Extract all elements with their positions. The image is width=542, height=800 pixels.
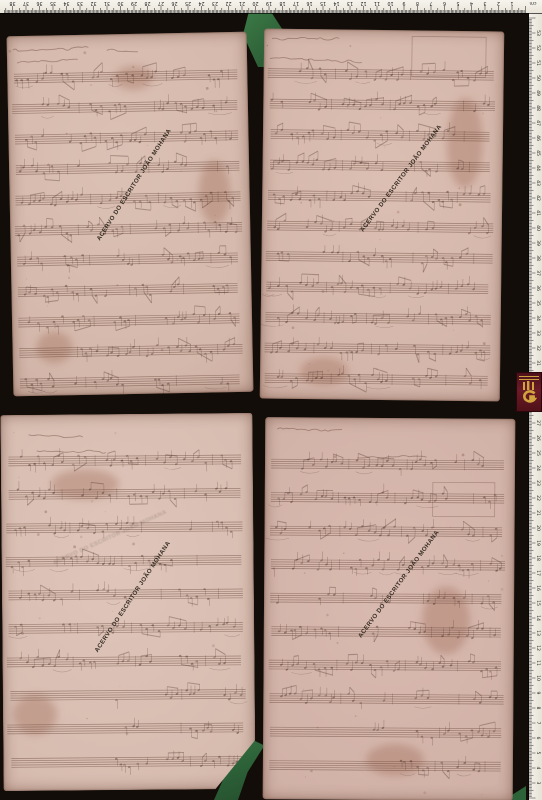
ruler-number: 21 xyxy=(535,510,541,516)
note-beam xyxy=(323,125,335,128)
foxing-spot xyxy=(453,330,454,331)
note-beam xyxy=(176,153,186,157)
staff-line xyxy=(12,100,237,104)
note-beam xyxy=(225,338,235,343)
note-beam xyxy=(466,368,471,376)
staff-line xyxy=(20,382,240,386)
note-beam xyxy=(195,252,203,253)
handwritten-title-squiggle xyxy=(277,428,342,431)
foxing-spot xyxy=(21,632,24,635)
staff-line xyxy=(270,729,501,731)
staff-line xyxy=(269,700,503,702)
staff-line xyxy=(6,562,242,564)
slur-mark xyxy=(295,81,317,84)
ruler-number: 26 xyxy=(171,0,177,6)
handwritten-title-squiggle xyxy=(13,47,89,52)
ruler-number: 14 xyxy=(333,0,339,6)
slur-mark xyxy=(50,569,68,572)
foxing-spot xyxy=(132,543,135,546)
note-beam xyxy=(308,59,313,70)
staff-line xyxy=(8,589,242,591)
slur-mark xyxy=(373,295,386,297)
staff-line xyxy=(9,489,241,491)
foxing-spot xyxy=(126,732,129,735)
staff-line xyxy=(270,533,502,535)
staff-line xyxy=(9,495,241,497)
staff-line xyxy=(15,225,242,229)
foxing-spot xyxy=(8,50,11,53)
staff-line xyxy=(271,464,504,466)
foxing-spot xyxy=(485,733,487,735)
slur-mark xyxy=(366,387,390,389)
slur-mark xyxy=(358,539,380,541)
foxing-spot xyxy=(397,211,400,214)
foxing-spot xyxy=(310,770,313,773)
ruler-number: 4 xyxy=(535,767,541,770)
staff-line xyxy=(8,457,241,459)
foxing-spot xyxy=(68,277,70,279)
note-beam xyxy=(461,738,473,742)
ruler-number: 38 xyxy=(9,0,15,6)
ruler-number: 33 xyxy=(77,0,83,6)
ruler-number: 10 xyxy=(387,0,393,6)
slur-mark xyxy=(14,569,35,571)
staff-line xyxy=(11,756,244,758)
note-beam xyxy=(316,307,319,311)
handwritten-title-squiggle xyxy=(17,59,78,63)
foxing-spot xyxy=(80,536,83,539)
ruler-number: 45 xyxy=(535,150,541,156)
foxing-spot xyxy=(317,727,319,729)
note-beam xyxy=(173,67,185,70)
foxing-spot xyxy=(161,348,164,351)
note-beam xyxy=(169,616,186,620)
note-beam xyxy=(387,67,403,72)
ruler-number: 48 xyxy=(535,105,541,111)
foxing-spot xyxy=(304,572,306,574)
foxing-spot xyxy=(251,723,252,724)
foxing-spot xyxy=(459,188,460,189)
staff-line xyxy=(269,694,503,696)
slur-mark xyxy=(230,701,247,703)
ruler-number: 32 xyxy=(535,345,541,351)
note-beam xyxy=(444,555,448,562)
staff-line xyxy=(10,689,245,691)
ruler-number: 2 xyxy=(497,0,500,6)
staff-line xyxy=(270,526,502,528)
staff-line xyxy=(6,524,242,526)
staff-line xyxy=(270,732,501,734)
note-beam xyxy=(108,451,115,453)
note-beam xyxy=(30,193,44,196)
staff-line xyxy=(270,531,502,533)
staff-line xyxy=(6,564,242,566)
note-beam xyxy=(288,293,293,299)
foxing-spot xyxy=(348,350,350,352)
ruler-number: 50 xyxy=(535,75,541,81)
ruler-number: 11 xyxy=(535,660,541,666)
staff-line xyxy=(8,591,242,593)
slur-mark xyxy=(263,386,287,389)
slur-mark xyxy=(466,540,480,542)
note-beam xyxy=(377,221,384,222)
note-beam xyxy=(89,221,93,224)
note-beam xyxy=(277,123,283,126)
foxing-spot xyxy=(177,259,179,261)
note-beam xyxy=(104,372,118,378)
ruler-number: 8 xyxy=(416,0,419,6)
foxing-spot xyxy=(238,280,239,281)
ruler-number: 15 xyxy=(320,0,326,6)
ruler-number: 17 xyxy=(535,570,541,576)
ruler-number: 46 xyxy=(535,135,541,141)
foxing-spot xyxy=(86,718,87,719)
slur-mark xyxy=(355,82,370,84)
ruler-number: 25 xyxy=(185,0,191,6)
slur-mark xyxy=(16,86,33,88)
handwritten-title-squiggle xyxy=(107,49,138,53)
note-beam xyxy=(433,249,437,252)
staff-line xyxy=(271,468,504,470)
ruler-number: 14 xyxy=(535,615,541,621)
note-beam xyxy=(193,450,199,454)
staff-line xyxy=(270,535,502,537)
foxing-spot xyxy=(380,239,381,240)
staff-line xyxy=(9,625,243,627)
slur-mark xyxy=(414,707,431,709)
ruler-number: 16 xyxy=(306,0,312,6)
foxing-spot xyxy=(355,715,357,717)
note-beam xyxy=(317,215,333,221)
foxing-spot xyxy=(482,112,484,114)
note-beam xyxy=(358,453,370,458)
note-beam xyxy=(181,664,198,667)
foxing-spot xyxy=(90,84,92,86)
ruler-number: 1 xyxy=(510,0,513,6)
ruler-number: 44 xyxy=(535,165,541,171)
ruler-number: 7 xyxy=(429,0,432,6)
slur-mark xyxy=(481,607,498,609)
note-beam xyxy=(45,179,60,181)
foxing-spot xyxy=(305,777,306,778)
ruler-number: 43 xyxy=(535,180,541,186)
ruler-number: 16 xyxy=(535,585,541,591)
slur-mark xyxy=(124,568,148,570)
foxing-spot xyxy=(488,580,489,581)
slur-mark xyxy=(261,325,284,327)
staff-line xyxy=(15,222,242,226)
staff-line xyxy=(271,564,505,566)
note-beam xyxy=(302,274,319,275)
foxing-spot xyxy=(483,342,486,345)
note-beam xyxy=(480,722,496,726)
manuscript-page-bottom-right: ACERVO DO ESCRITOR JOÃO MOHANA xyxy=(263,417,516,800)
note-beam xyxy=(116,326,130,330)
foxing-spot xyxy=(326,614,329,617)
note-beam xyxy=(376,141,388,149)
foxing-spot xyxy=(380,117,381,118)
note-beam xyxy=(279,260,289,261)
foxing-spot xyxy=(423,791,426,794)
note-beam xyxy=(463,521,474,529)
note-beam xyxy=(82,147,96,152)
staff-line xyxy=(10,694,245,696)
note-beam xyxy=(276,213,286,219)
paper-stain xyxy=(366,744,424,776)
handwritten-title-squiggle xyxy=(272,37,339,41)
note-beam xyxy=(371,674,376,678)
note-beam xyxy=(444,486,447,491)
staff-line xyxy=(15,138,238,142)
note-beam xyxy=(441,655,444,659)
note-beam xyxy=(182,123,196,125)
note-beam xyxy=(321,76,326,83)
staff-line xyxy=(6,556,242,558)
foxing-spot xyxy=(44,510,47,513)
note-beam xyxy=(302,485,308,488)
ruler-number: 33 xyxy=(535,330,541,336)
foxing-spot xyxy=(303,689,304,690)
note-beam xyxy=(92,295,97,303)
ruler-number: 31 xyxy=(535,360,541,366)
ruler-number: 3 xyxy=(483,0,486,6)
foxing-spot xyxy=(74,624,75,625)
staff-line xyxy=(269,698,503,700)
staff-line xyxy=(269,662,501,664)
foxing-spot xyxy=(26,278,27,279)
foxing-spot xyxy=(292,326,295,329)
note-beam xyxy=(309,151,318,156)
foxing-spot xyxy=(501,588,504,591)
staff-line xyxy=(271,466,504,468)
note-beam xyxy=(275,203,285,204)
ruler-number: 19 xyxy=(535,540,541,546)
note-beam xyxy=(273,341,282,344)
ruler-number: 24 xyxy=(535,465,541,471)
ruler-number: 38 xyxy=(535,255,541,261)
ruler-number: 34 xyxy=(535,315,541,321)
staff-line xyxy=(11,765,244,767)
ruler-number: 37 xyxy=(535,270,541,276)
foxing-spot xyxy=(13,338,14,339)
note-beam xyxy=(414,385,420,387)
top-ruler-scale: 1234567891011121314151617181920212223242… xyxy=(0,0,542,13)
staff-line xyxy=(11,761,244,763)
staff-line xyxy=(20,379,240,383)
ruler-number: 5 xyxy=(535,752,541,755)
note-beam xyxy=(428,368,438,370)
ruler-number: 13 xyxy=(347,0,353,6)
ruler-number: 36 xyxy=(535,285,541,291)
foxing-spot xyxy=(212,644,215,647)
ruler-number: 5 xyxy=(456,0,459,6)
note-beam xyxy=(419,774,429,775)
foxing-spot xyxy=(119,686,120,687)
staff-line xyxy=(6,522,242,524)
paper-stain xyxy=(446,98,483,188)
staff-line xyxy=(269,665,501,667)
staff-line xyxy=(8,459,241,461)
ruler-number: 42 xyxy=(535,195,541,201)
note-beam xyxy=(454,85,469,86)
note-beam xyxy=(283,685,297,689)
slur-mark xyxy=(53,669,72,672)
note-beam xyxy=(178,338,190,345)
note-beam xyxy=(359,294,375,296)
staff-line xyxy=(270,528,502,530)
staff-line xyxy=(269,667,501,669)
note-beam xyxy=(378,458,394,459)
ruler-number: 26 xyxy=(535,435,541,441)
foxing-spot xyxy=(300,202,302,204)
note-beam xyxy=(128,464,138,465)
foxing-spot xyxy=(228,755,230,757)
note-beam xyxy=(185,206,195,211)
slur-mark xyxy=(54,536,69,538)
note-beam xyxy=(419,112,425,115)
note-beam xyxy=(398,125,404,130)
foxing-spot xyxy=(83,51,86,54)
slur-mark xyxy=(356,472,373,474)
ruler-number: 9 xyxy=(535,692,541,695)
note-beam xyxy=(357,525,376,528)
ruler-unit-label: cm xyxy=(529,0,537,5)
ruler-number: 51 xyxy=(535,60,541,66)
staff-line xyxy=(18,283,238,287)
note-beam xyxy=(345,218,352,219)
note-beam xyxy=(475,763,480,764)
ruler-number: 7 xyxy=(535,722,541,725)
note-beam xyxy=(443,771,450,778)
sticker-gold-line xyxy=(519,376,539,377)
slur-mark xyxy=(276,172,293,174)
foxing-spot xyxy=(481,794,482,795)
staff-line xyxy=(271,499,504,501)
note-beam xyxy=(52,192,62,199)
ruler-number: 12 xyxy=(360,0,366,6)
note-beam xyxy=(373,315,389,316)
staff-line xyxy=(269,696,503,698)
ruler-number: 49 xyxy=(535,90,541,96)
foxing-spot xyxy=(450,527,451,528)
ruler-number: 34 xyxy=(63,0,69,6)
foxing-spot xyxy=(384,146,385,147)
note-beam xyxy=(461,309,470,313)
slur-mark xyxy=(9,636,28,638)
note-beam xyxy=(408,537,415,543)
note-beam xyxy=(413,490,423,493)
note-beam xyxy=(374,368,388,372)
manuscript-page-top-right: ACERVO DO ESCRITOR JOÃO MOHANA xyxy=(260,29,505,402)
note-beam xyxy=(59,95,70,101)
staff-line xyxy=(271,566,505,568)
note-beam xyxy=(142,634,160,638)
foxing-spot xyxy=(167,759,168,760)
note-beam xyxy=(188,683,200,685)
slur-mark xyxy=(208,113,232,115)
staff-line xyxy=(18,314,239,318)
staff-line xyxy=(270,727,501,729)
ruler-number: 9 xyxy=(402,0,405,6)
foxing-spot xyxy=(13,432,14,433)
note-beam xyxy=(470,654,474,656)
foxing-spot xyxy=(336,642,338,644)
note-beam xyxy=(474,451,484,457)
ruler-ticks xyxy=(4,6,525,13)
slur-mark xyxy=(268,505,282,507)
note-beam xyxy=(350,384,367,393)
note-beam xyxy=(277,521,286,523)
staff-line xyxy=(269,702,503,704)
staff-line xyxy=(271,562,505,564)
ruler-number: 27 xyxy=(535,420,541,426)
note-beam xyxy=(423,264,427,273)
ruler-number: 6 xyxy=(535,737,541,740)
note-beam xyxy=(395,661,399,664)
slur-mark xyxy=(455,573,478,575)
slur-mark xyxy=(206,265,229,268)
note-beam xyxy=(107,145,122,150)
staff-line xyxy=(17,255,238,259)
slur-mark xyxy=(266,538,289,540)
foxing-spot xyxy=(39,617,41,619)
ruler-number: 19 xyxy=(266,0,272,6)
note-beam xyxy=(143,63,157,67)
ruler-number: 41 xyxy=(535,210,541,216)
ruler-number: 4 xyxy=(470,0,473,6)
ruler-number: 30 xyxy=(117,0,123,6)
note-beam xyxy=(157,387,170,392)
note-beam xyxy=(359,260,369,266)
ruler-number: 8 xyxy=(535,707,541,710)
slur-mark xyxy=(300,471,319,473)
slur-mark xyxy=(424,113,440,115)
foxing-spot xyxy=(215,110,217,112)
ruler-number: 36 xyxy=(36,0,42,6)
staff-line xyxy=(271,495,504,497)
staff-line xyxy=(17,260,238,264)
staff-line xyxy=(6,558,242,560)
note-beam xyxy=(167,686,178,688)
ruler-number: 29 xyxy=(131,0,137,6)
top-ruler: 1234567891011121314151617181920212223242… xyxy=(0,0,542,13)
note-beam xyxy=(422,63,435,64)
staff-line xyxy=(270,734,501,736)
note-beam xyxy=(94,62,103,70)
slur-mark xyxy=(163,205,181,208)
ruler-number: 35 xyxy=(50,0,56,6)
manuscript-page-bottom-left: ACERVO DO ESCRITOR JOÃO MOHANA ACERVO DO… xyxy=(0,413,255,791)
staff-line xyxy=(18,321,239,325)
foxing-spot xyxy=(267,45,269,47)
foxing-spot xyxy=(18,477,19,478)
staff-line xyxy=(9,629,243,631)
note-beam xyxy=(482,676,497,678)
note-beam xyxy=(27,147,36,150)
ruler-number: 47 xyxy=(535,120,541,126)
note-beam xyxy=(492,538,497,543)
note-beam xyxy=(311,93,327,100)
staff-line xyxy=(11,759,244,761)
ruler-number: 15 xyxy=(535,600,541,606)
note-beam xyxy=(26,287,36,288)
ruler-number: 20 xyxy=(535,525,541,531)
staff-line xyxy=(269,669,501,671)
staff-line xyxy=(9,627,243,629)
handwritten-title-squiggle xyxy=(29,434,83,438)
ruler-number: 53 xyxy=(535,30,541,36)
ruler-number: 3 xyxy=(535,782,541,785)
